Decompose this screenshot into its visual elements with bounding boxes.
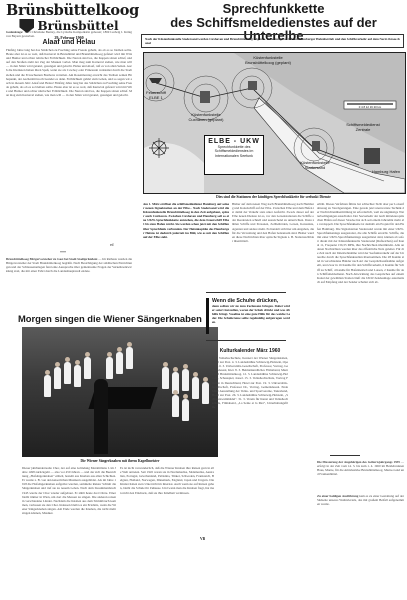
gedenktage-text: Gedenktage: 1785 Christiane Bernay, die …	[6, 30, 132, 39]
box-bottom-rule	[206, 340, 286, 341]
alaaf-article-body: Fünfzig Jahre lang hat das Städtchen zu …	[6, 48, 132, 244]
ausfuehrung-notice: Zu einer baldigen Ausführung kam es zu e…	[317, 494, 404, 514]
section-divider: ***	[60, 250, 66, 255]
alaaf-signature: ed	[110, 243, 113, 247]
notice-lead: Brunsbüttelkoog Bürgervorsteher zu Gast …	[6, 257, 97, 261]
ausfuehrung-lead: Zu einer baldigen Ausführung	[317, 494, 358, 498]
box-top-rule	[206, 292, 286, 293]
alaaf-headline: Alaaf und Helau	[6, 39, 132, 46]
map-label-elbe1: Feuerschiff ELBE 1	[143, 91, 170, 100]
map-scale-labels: 0 4 8 12 16 20 km	[344, 105, 396, 110]
kulturkalender-list: 1. 3. Volkshochschule, Konzert der Wiene…	[212, 356, 288, 536]
map-label-cuxhaven: Küstenfunkstelle Cuxhaven (geplant)	[182, 113, 230, 122]
schuhe-box: Wenn die Schuhe drücken, dann sollten wi…	[206, 298, 290, 334]
map-label-hamburg: Hamburg Hafen	[370, 170, 402, 175]
schuhe-body: dann sollten wir sie zum Fachmann bringe…	[212, 304, 290, 332]
main-subheadline: Nach der Küstenfunkstelle Stadersand wer…	[141, 34, 404, 48]
map-legend-text: Sprechfunkkette des Schiffsmeldedienstes…	[205, 145, 263, 158]
map-caption: Dies sind die Stationen der künftigen Sp…	[143, 195, 404, 199]
saengerknaben-col2: Es ist nicht verwunderlich, daß die Wien…	[120, 466, 214, 538]
musterung-lead: Die Musterung der Angehörigen des Geburt…	[317, 460, 400, 464]
map-legend-title: ELBE - UKW	[205, 138, 263, 145]
saengerknaben-col1: Dieser jahrhundertealte Chor, der auf ei…	[22, 466, 116, 596]
map-legend-box: ELBE - UKW Sprechfunkkette des Schiffsme…	[204, 135, 264, 175]
map-label-schiffsmeldedienst: Schiffsmeldedienst Zentrale	[342, 123, 384, 132]
photo-caption: Die Wiener Sängerknaben mit ihrem Kapell…	[22, 459, 218, 463]
saengerknaben-photo	[22, 327, 218, 457]
main-article-col3: erhält. Dieses Verfahren führte bei schl…	[317, 202, 404, 600]
main-headline-line1: Sprechfunkkette	[140, 2, 407, 16]
masthead-title: Brünsbüttelkoog	[6, 3, 132, 19]
musterung-notice: Die Musterung der Angehörigen des Geburt…	[317, 460, 404, 492]
column-divider	[330, 455, 360, 456]
buergervorsteher-notice: Brunsbüttelkoog Bürgervorsteher zu Gast …	[6, 257, 132, 297]
kulturkalender-headline: Kulturkalender März 1960	[212, 348, 288, 354]
saengerknaben-headline: Morgen singen die Wiener Sängerknaben	[18, 313, 218, 324]
map-label-stadersand: Küstenfunkstelle Stadersand	[292, 161, 338, 170]
main-article-lead: Am 1. März eröffnet die schiffsmeldedien…	[143, 202, 229, 294]
map-label-brunsbuettelkoog: Küstenfunkstelle Brunsbüttelkoog (geplan…	[242, 56, 294, 65]
main-article-col2: Bisher auf dem neuen Weg nach Brunsbütte…	[232, 202, 314, 294]
gedenktage-body: 1785 Christiane Bernay, die Lyrische Kom…	[6, 30, 132, 38]
elbe-map-figure: Feuerschiff ELBE 1 Küstenfunkstelle Cuxh…	[143, 52, 406, 194]
saengerknaben-signature: VB	[200, 537, 205, 541]
